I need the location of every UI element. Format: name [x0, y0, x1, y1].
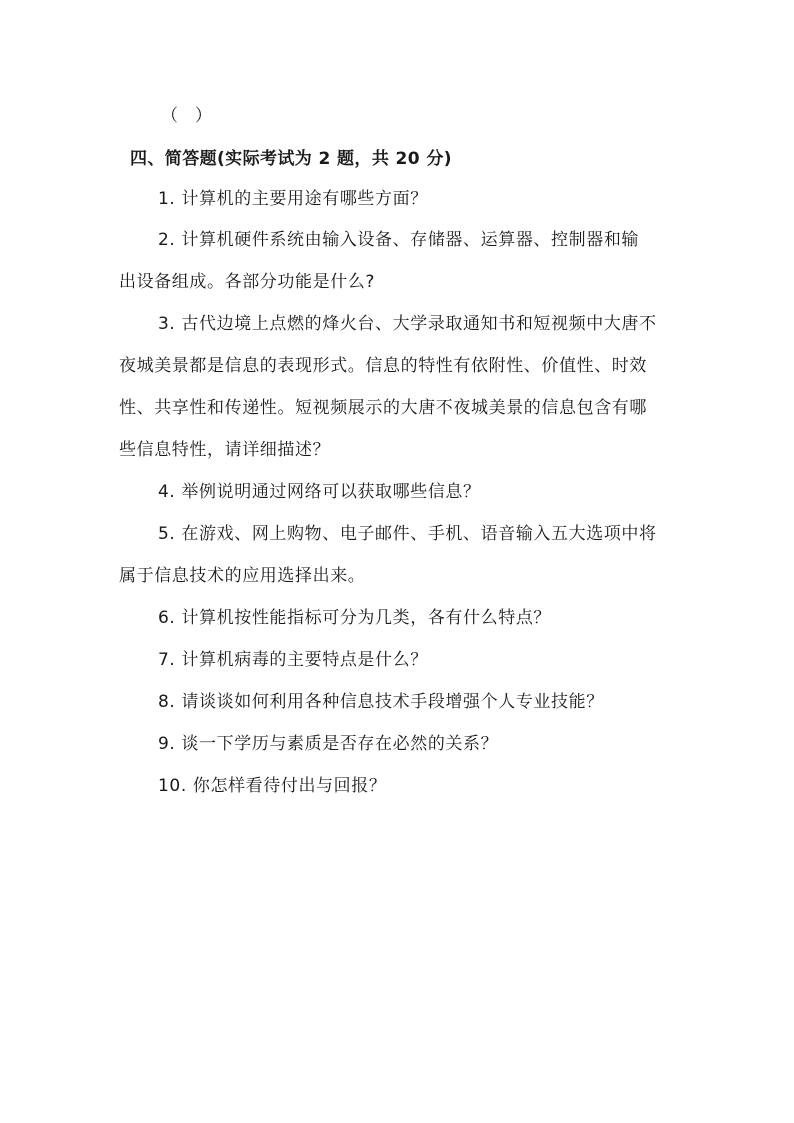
- question-4-line-1: 4. 举例说明通过网络可以获取哪些信息？: [158, 480, 481, 504]
- question-8-line-1: 8. 请谈谈如何利用各种信息技术手段增强个人专业技能？: [158, 690, 604, 714]
- question-3-line-2: 夜城美景都是信息的表现形式。信息的特性有依附性、价值性、时效: [119, 354, 647, 378]
- question-10-line-1: 10. 你怎样看待付出与回报？: [158, 774, 386, 798]
- document-page: （ ） 四、简答题(实际考试为 2 题，共 20 分) 1. 计算机的主要用途有…: [0, 0, 794, 1123]
- question-3-line-1: 3. 古代边境上点燃的烽火台、大学录取通知书和短视频中大唐不: [158, 312, 657, 336]
- section-heading: 四、简答题(实际考试为 2 题，共 20 分): [130, 147, 452, 171]
- question-5-line-1: 5. 在游戏、网上购物、电子邮件、手机、语音输入五大选项中将: [158, 522, 657, 546]
- question-3-line-3: 性、共享性和传递性。短视频展示的大唐不夜城美景的信息包含有哪: [119, 396, 647, 420]
- question-7-line-1: 7. 计算机病毒的主要特点是什么？: [158, 648, 428, 672]
- answer-blank-parentheses: （ ）: [161, 104, 212, 128]
- question-2-line-2: 出设备组成。各部分功能是什么?: [119, 270, 375, 294]
- question-3-line-4: 些信息特性，请详细描述？: [119, 438, 330, 462]
- question-1-line-1: 1. 计算机的主要用途有哪些方面？: [158, 187, 428, 211]
- question-5-line-2: 属于信息技术的应用选择出来。: [119, 564, 365, 588]
- question-2-line-1: 2. 计算机硬件系统由输入设备、存储器、运算器、控制器和输: [158, 228, 639, 252]
- question-6-line-1: 6. 计算机按性能指标可分为几类，各有什么特点？: [158, 606, 551, 630]
- question-9-line-1: 9. 谈一下学历与素质是否存在必然的关系？: [158, 732, 498, 756]
